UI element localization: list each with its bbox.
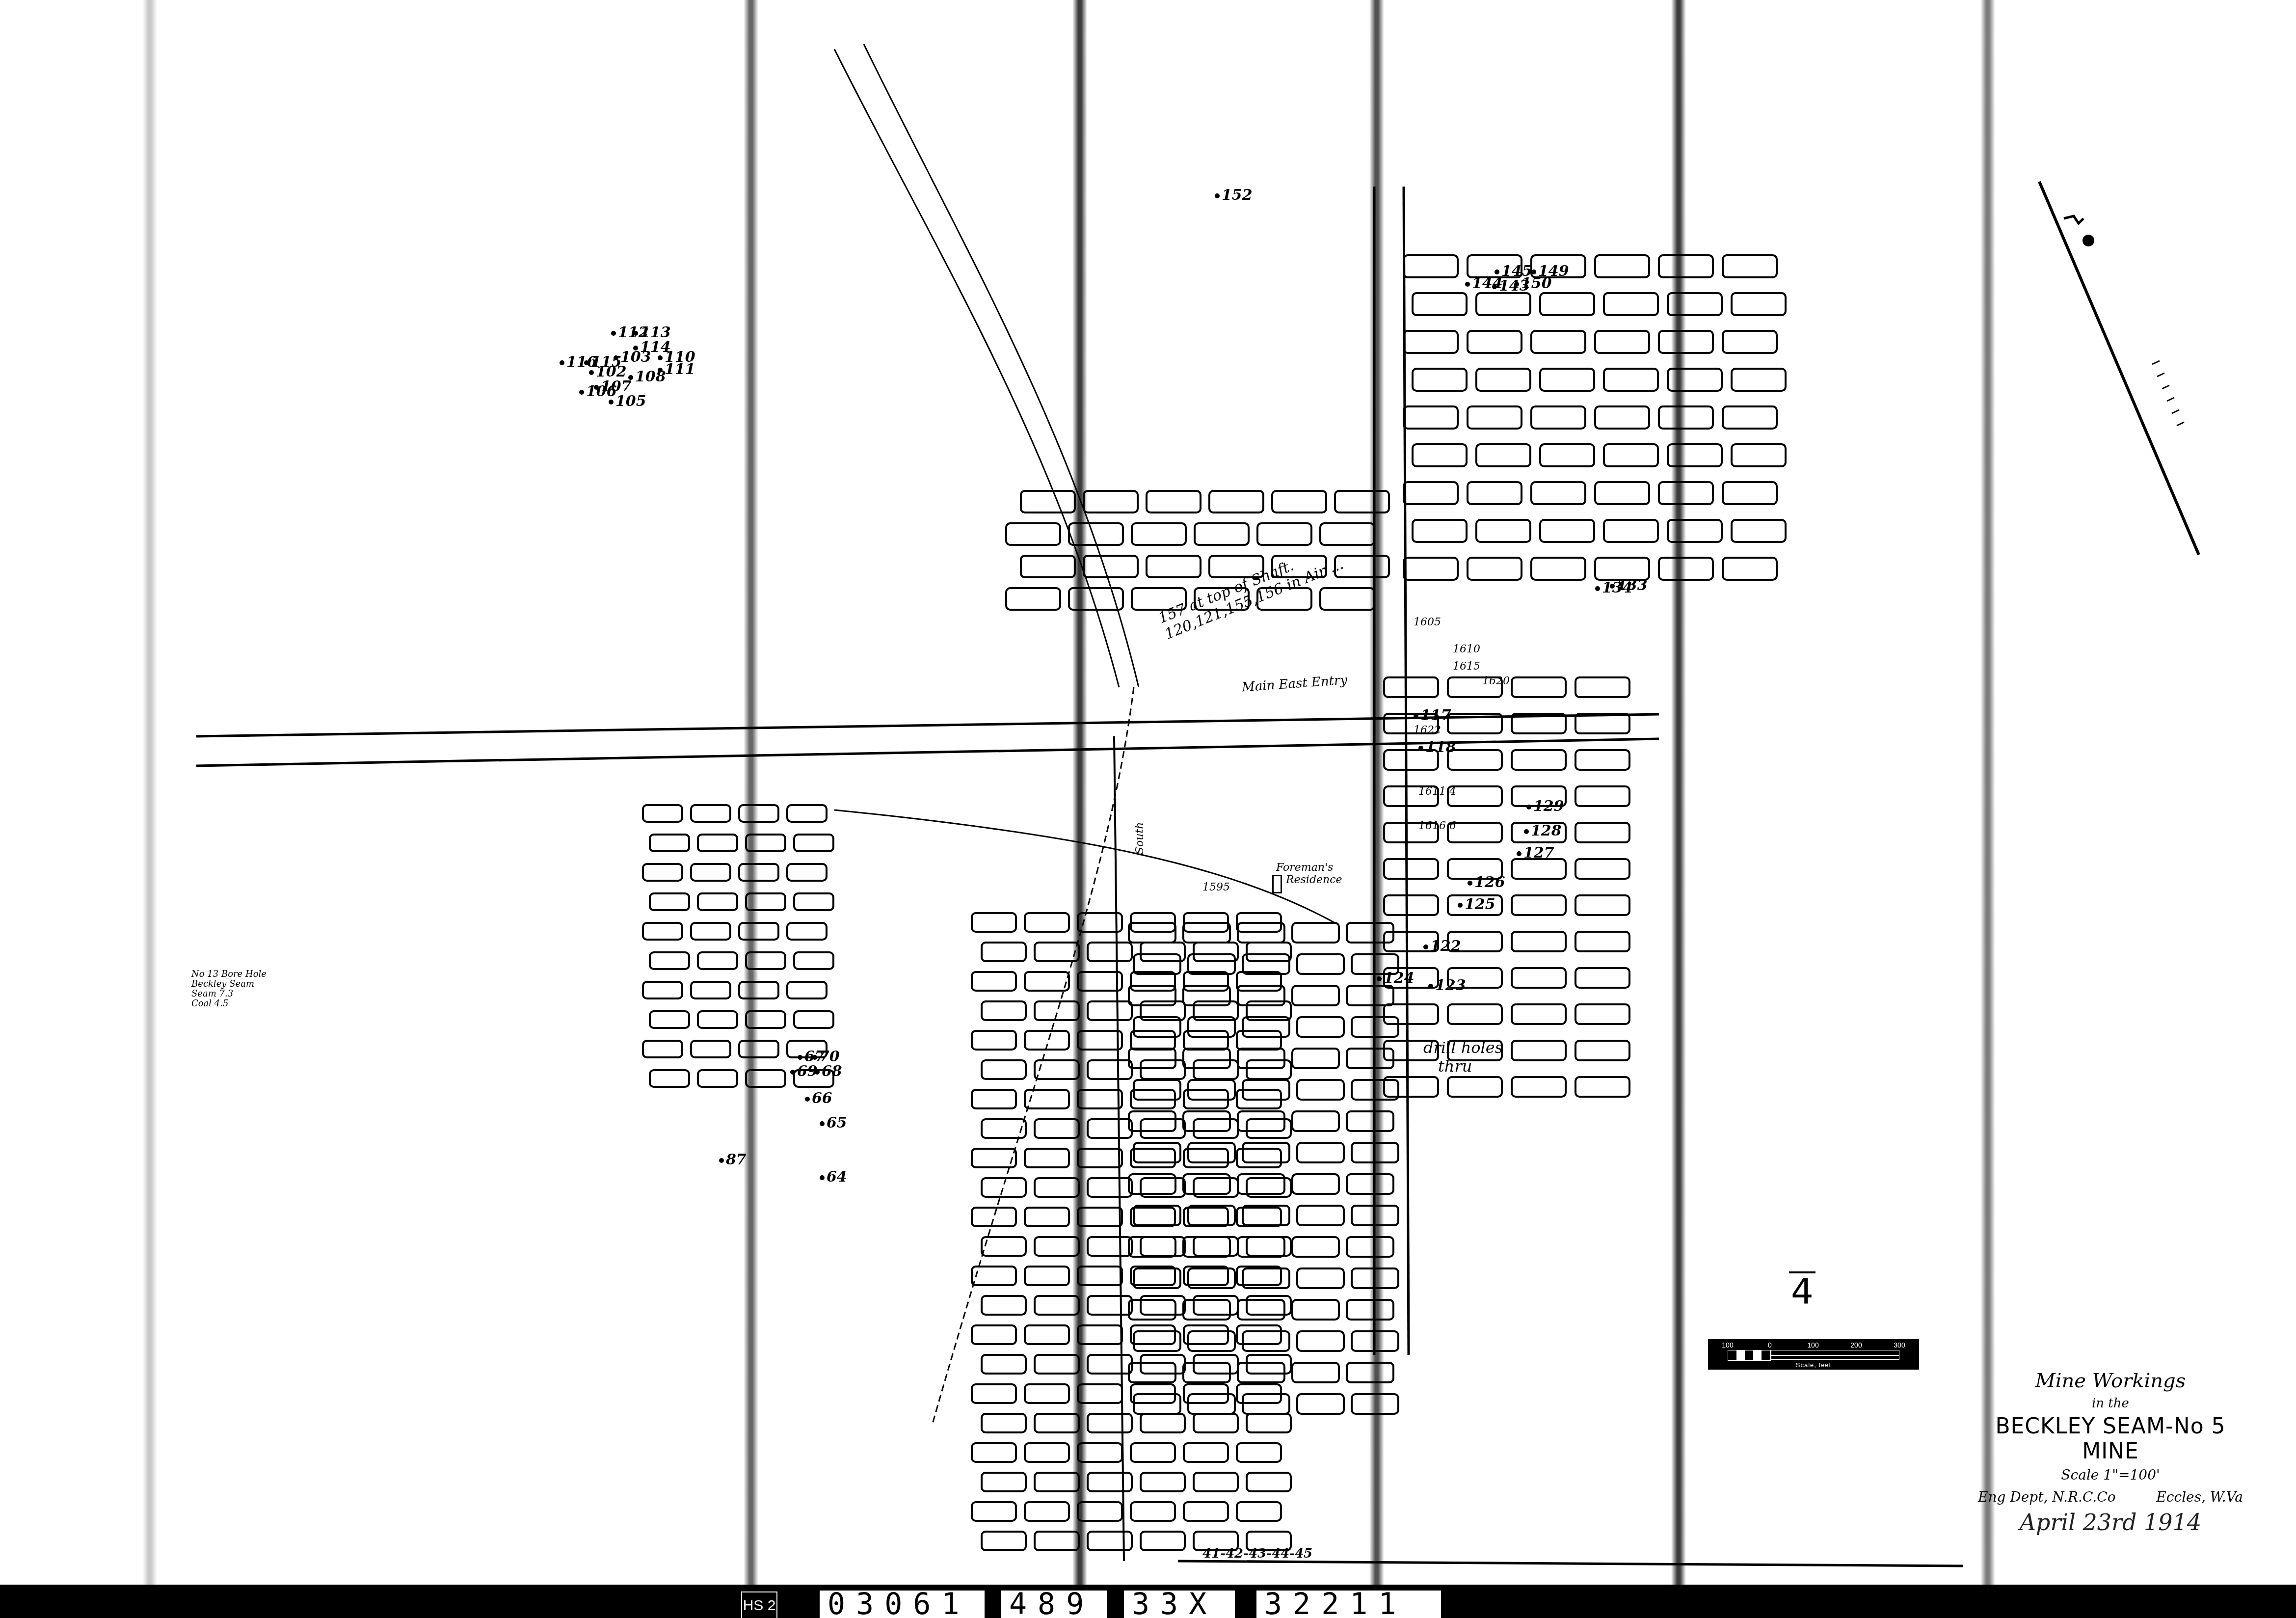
survey-point-dot-icon [609, 400, 614, 404]
bore-note-line3: Seam 7.3 [191, 989, 267, 999]
scale-main-bar [1771, 1350, 1899, 1360]
survey-point-dot-icon [805, 1097, 810, 1102]
survey-point-label: 126 [1474, 874, 1505, 891]
survey-point: 107 [594, 378, 632, 395]
survey-point: 128 [1524, 822, 1562, 839]
scale-tick: 0 [1768, 1341, 1772, 1349]
survey-point-dot-icon [812, 1055, 817, 1060]
survey-point: 64 [820, 1168, 847, 1186]
elevation-label: 1615 [1453, 660, 1480, 673]
survey-point-dot-icon [1465, 282, 1470, 287]
survey-point-label: 117 [1420, 707, 1451, 724]
title-org-row: Eng Dept, N.R.C.Co Eccles, W.Va [1973, 1489, 2248, 1505]
title-line1: Mine Workings [1973, 1370, 2248, 1392]
survey-point: 116 [560, 353, 597, 371]
bottom-point-sequence: 41-42-43-44-45 [1202, 1546, 1312, 1561]
survey-point-dot-icon [633, 331, 638, 336]
survey-point: 69 [790, 1063, 818, 1080]
survey-point-dot-icon [1468, 881, 1472, 886]
survey-point-dot-icon [1524, 829, 1529, 834]
drill-holes-note: drill holes thru [1423, 1038, 1503, 1076]
foremans-residence-line1: Foreman's [1276, 862, 1342, 874]
south-label: South [1134, 822, 1146, 855]
bore-hole-note: No 13 Bore Hole Beckley Seam Seam 7.3 Co… [191, 970, 267, 1009]
survey-point-dot-icon [1595, 586, 1600, 591]
scale-ticks: 100 0 100 200 300 [1708, 1341, 1919, 1349]
elevation-label: 1611.4 [1418, 785, 1456, 798]
survey-point-dot-icon [1531, 270, 1536, 274]
survey-point-dot-icon [611, 331, 616, 336]
foremans-residence-label: Foreman's Residence [1276, 862, 1342, 886]
bore-note-line4: Coal 4.5 [191, 999, 267, 1009]
survey-point: 125 [1458, 896, 1495, 913]
elevation-label: 1622 [1414, 724, 1441, 736]
drill-note-line2: thru [1423, 1057, 1503, 1076]
title-department: Eng Dept, N.R.C.Co [1978, 1489, 2116, 1505]
bore-note-line2: Beckley Seam [191, 979, 267, 989]
survey-point-dot-icon [1418, 746, 1423, 751]
survey-point-dot-icon [1428, 984, 1433, 989]
north-arrow-icon [0, 0, 2296, 1618]
survey-point-dot-icon [1495, 270, 1499, 274]
survey-point-label: 127 [1523, 844, 1554, 862]
survey-point-label: 128 [1531, 822, 1562, 839]
scale-bar-graphic [1728, 1350, 1899, 1360]
survey-point-dot-icon [658, 368, 663, 373]
survey-point-dot-icon [589, 370, 594, 375]
survey-point: 87 [719, 1151, 747, 1168]
survey-point: 70 [812, 1048, 840, 1065]
survey-point-label: 116 [566, 353, 597, 371]
survey-point: 150 [1514, 275, 1552, 292]
survey-point-label: 123 [1435, 977, 1466, 994]
survey-point-label: 87 [726, 1151, 747, 1168]
title-location: Eccles, W.Va [2156, 1489, 2243, 1505]
title-mine-name: BECKLEY SEAM-No 5 MINE [1973, 1414, 2248, 1464]
survey-point-dot-icon [1215, 193, 1220, 198]
scale-caption: Scale, feet [1708, 1361, 1919, 1369]
survey-point-dot-icon [628, 375, 633, 380]
foremans-residence-icon [1272, 875, 1282, 893]
survey-point: 65 [820, 1114, 847, 1132]
title-date: April 23rd 1914 [1973, 1509, 2248, 1536]
film-code: 33X [1124, 1591, 1235, 1618]
survey-point-label: 122 [1430, 938, 1461, 955]
survey-point-dot-icon [798, 1055, 802, 1060]
survey-point: 124 [1377, 970, 1415, 987]
survey-point: 117 [1414, 707, 1451, 724]
survey-point-label: 152 [1222, 187, 1253, 204]
mine-map-sheet: 157 at top of Shaft. 120,121,155,156 in … [0, 0, 2296, 1618]
survey-point-label: 66 [812, 1090, 832, 1107]
survey-point-label: 150 [1521, 275, 1552, 292]
elevation-label: 1610 [1453, 643, 1480, 655]
survey-point-dot-icon [1526, 805, 1531, 809]
elevation-label: 1605 [1414, 616, 1441, 628]
survey-point-dot-icon [1414, 714, 1418, 719]
title-scale: Scale 1"=100' [1973, 1467, 2248, 1483]
title-line2: in the [1973, 1396, 2248, 1411]
survey-point-dot-icon [594, 385, 599, 390]
elevation-label: 1620 [1482, 675, 1510, 687]
survey-point: 68 [815, 1063, 842, 1080]
film-code: 03061 [820, 1591, 985, 1618]
survey-point: 152 [1215, 187, 1253, 204]
title-block: Mine Workings in the BECKLEY SEAM-No 5 M… [1973, 1365, 2248, 1522]
survey-point-label: 125 [1465, 896, 1495, 913]
survey-point-dot-icon [579, 390, 584, 395]
survey-point-dot-icon [1423, 944, 1428, 949]
foremans-residence-line2: Residence [1276, 874, 1342, 886]
survey-point-label: 68 [822, 1063, 842, 1080]
film-prefix: HS 2 [741, 1591, 777, 1618]
survey-point-label: 107 [601, 378, 632, 395]
scale-bar: 100 0 100 200 300 Scale, feet [1708, 1339, 1919, 1370]
survey-point-label: 114 [640, 339, 671, 356]
bore-note-line1: No 13 Bore Hole [191, 970, 267, 979]
film-code: 489 [1001, 1591, 1107, 1618]
survey-point-label: 65 [827, 1114, 847, 1132]
scale-checker [1728, 1350, 1771, 1361]
survey-point: 111 [658, 361, 695, 378]
survey-point-dot-icon [820, 1121, 825, 1126]
sheet-number: 4 [1789, 1271, 1815, 1309]
survey-point-label: 111 [665, 361, 695, 378]
film-code: 32211 [1256, 1591, 1441, 1618]
drill-note-line1: drill holes [1423, 1038, 1503, 1057]
survey-point: 122 [1423, 938, 1461, 955]
scale-tick: 100 [1722, 1341, 1733, 1349]
survey-point-label: 134 [1602, 579, 1633, 596]
survey-point-label: 129 [1533, 798, 1564, 815]
survey-point-label: 69 [797, 1063, 818, 1080]
survey-point-label: 70 [819, 1048, 840, 1065]
scale-tick: 300 [1894, 1341, 1905, 1349]
survey-point-dot-icon [1377, 976, 1382, 981]
scale-tick: 100 [1807, 1341, 1818, 1349]
survey-point: 118 [1418, 739, 1456, 756]
survey-point: 114 [633, 339, 671, 356]
scale-tick: 200 [1850, 1341, 1862, 1349]
survey-point: 127 [1517, 844, 1554, 862]
survey-point: 123 [1428, 977, 1466, 994]
survey-point: 66 [805, 1090, 832, 1107]
survey-point: 134 [1595, 579, 1633, 596]
survey-point-label: 118 [1425, 739, 1456, 756]
survey-point-dot-icon [1458, 903, 1463, 908]
survey-point-dot-icon [1517, 851, 1522, 856]
survey-point: 126 [1468, 874, 1505, 891]
elevation-label: 1595 [1202, 881, 1230, 893]
survey-point-dot-icon [1514, 282, 1519, 287]
survey-point-label: 105 [615, 393, 646, 410]
survey-point-label: 64 [827, 1168, 847, 1186]
survey-point: 129 [1526, 798, 1564, 815]
survey-point-dot-icon [719, 1158, 724, 1163]
elevation-label: 1616.6 [1418, 820, 1456, 832]
survey-point-label: 124 [1384, 970, 1415, 987]
survey-point-dot-icon [820, 1175, 825, 1180]
survey-point-dot-icon [633, 346, 638, 351]
survey-point-dot-icon [790, 1070, 795, 1075]
survey-point-dot-icon [658, 355, 663, 360]
survey-point-dot-icon [560, 360, 564, 365]
microfilm-strip: HS 2 03061 489 33X 32211 [0, 1585, 2296, 1618]
